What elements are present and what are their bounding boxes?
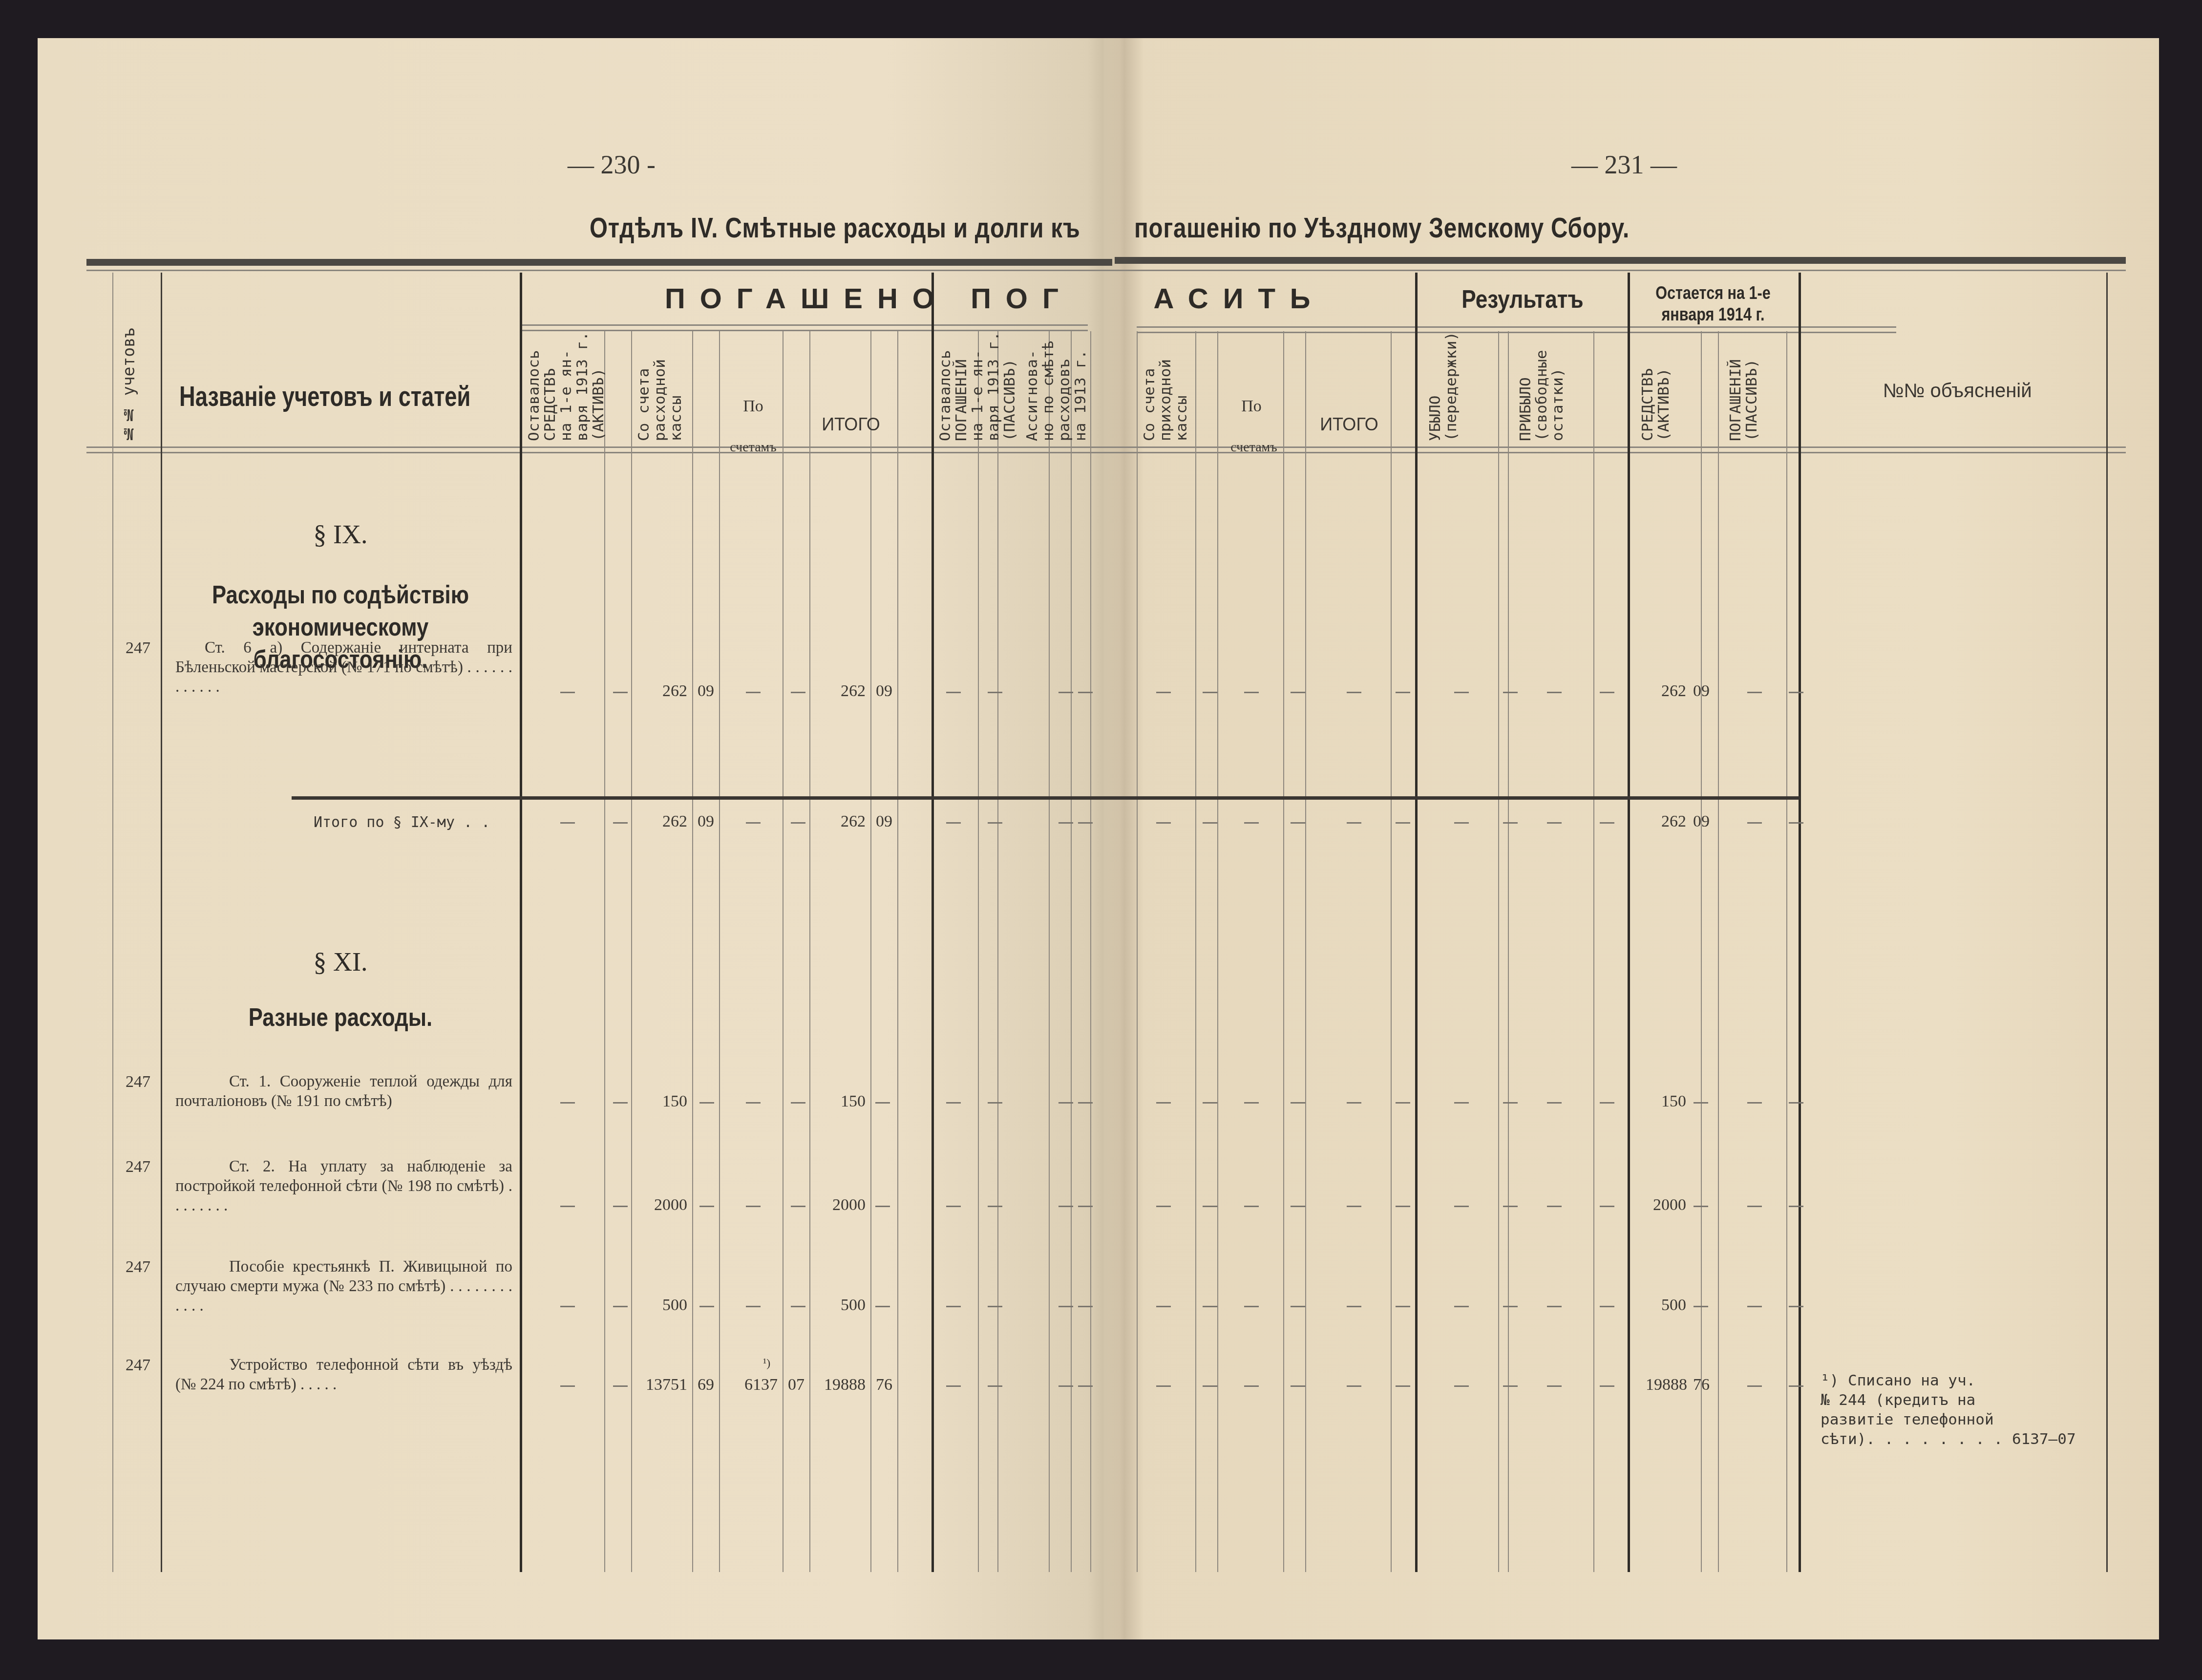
empty-cell-dash (1156, 1385, 1171, 1387)
empty-cell-dash (1396, 692, 1410, 693)
empty-cell-dash (1789, 692, 1803, 693)
empty-cell-dash (1347, 822, 1361, 824)
total-from-expense-cash-kop: 09 (692, 812, 714, 831)
col-line (978, 331, 979, 1572)
top-rule-left (86, 259, 1112, 266)
empty-cell-dash (1396, 822, 1410, 824)
cell-from-expense-cash: 500 (636, 1296, 687, 1315)
empty-cell-dash (1503, 692, 1518, 693)
pogasheno-group-rule (521, 324, 1088, 331)
empty-cell-dash (875, 1306, 890, 1307)
empty-cell-dash (1547, 822, 1562, 824)
empty-cell-dash (1396, 1102, 1410, 1104)
row-account-number: 247 (126, 1356, 150, 1375)
empty-cell-dash (1203, 1385, 1217, 1387)
header-account-no: №№ учетовъ (121, 356, 137, 444)
empty-cell-dash (1789, 1206, 1803, 1207)
col-line (2106, 273, 2108, 1572)
cell-by-accounts-kop: 07 (783, 1376, 805, 1394)
empty-cell-dash (1059, 1206, 1073, 1207)
empty-cell-dash (1347, 1306, 1361, 1307)
row-description: Пособіе крестьянкѣ П. Живицыной по случа… (175, 1257, 512, 1316)
empty-cell-dash (791, 1102, 805, 1104)
empty-cell-dash (1347, 1102, 1361, 1104)
empty-cell-dash (1503, 1385, 1518, 1387)
empty-cell-dash (1600, 1306, 1614, 1307)
empty-cell-dash (1078, 1206, 1093, 1207)
pogasit-group-rule (1137, 326, 1896, 333)
header-explanations: №№ объясненій (1835, 380, 2079, 402)
col-line (1391, 331, 1392, 1572)
empty-cell-dash (1059, 1102, 1073, 1104)
col-line (1305, 331, 1306, 1572)
empty-cell-dash (1747, 1306, 1762, 1307)
page-title-right: погашенію по Уѣздному Земскому Сбору. (1134, 212, 1630, 244)
section-ix-total-rule (292, 796, 1800, 800)
header-pogasit-by-accounts-top: По (1225, 397, 1278, 416)
cell-from-expense-cash-kop: 09 (692, 682, 714, 701)
empty-cell-dash (1244, 1102, 1259, 1104)
empty-cell-dash (1396, 1306, 1410, 1307)
total-remaining-assets: 262 (1635, 812, 1686, 831)
col-line (1799, 273, 1801, 1572)
empty-cell-dash (1078, 822, 1093, 824)
header-group-pogasit-right: АСИТЬ (1142, 282, 1337, 315)
cell-remaining-assets-kop: 76 (1688, 1376, 1710, 1394)
empty-cell-dash (1156, 822, 1171, 824)
empty-cell-dash (1078, 1102, 1093, 1104)
cell-total: 2000 (814, 1196, 866, 1214)
col-line (932, 273, 934, 1572)
empty-cell-dash (1244, 1206, 1259, 1207)
header-total: ИТОГО (812, 414, 890, 435)
col-line (604, 331, 605, 1572)
header-remaining-assets: Оставалось СРЕДСТВЪ на 1-е ян- варя 1913… (526, 336, 607, 441)
cell-total: 150 (814, 1092, 866, 1111)
empty-cell-dash (560, 1206, 575, 1207)
header-group-result: Результатъ (1436, 285, 1610, 314)
empty-cell-dash (1747, 692, 1762, 693)
empty-cell-dash (746, 1306, 761, 1307)
empty-cell-dash (791, 1206, 805, 1207)
header-from-income-cash: Со счета приходной кассы (1142, 365, 1190, 441)
cell-from-expense-cash: 13751 (636, 1376, 687, 1394)
page-title-left: Отдѣлъ IV. Смѣтные расходы и долги къ (590, 212, 1080, 244)
empty-cell-dash (1156, 1306, 1171, 1307)
empty-cell-dash (791, 1306, 805, 1307)
col-line (520, 273, 522, 1572)
empty-cell-dash (1503, 1206, 1518, 1207)
empty-cell-dash (1454, 1306, 1469, 1307)
col-line (1137, 331, 1138, 1572)
empty-cell-dash (1789, 1306, 1803, 1307)
empty-cell-dash (613, 822, 628, 824)
empty-cell-dash (988, 1206, 1002, 1207)
left-page-number: — 230 - (568, 149, 656, 180)
empty-cell-dash (1291, 692, 1305, 693)
empty-cell-dash (1078, 692, 1093, 693)
cell-remaining-assets: 19888 (1631, 1376, 1687, 1394)
empty-cell-dash (1747, 1102, 1762, 1104)
header-name: Названіе учетовъ и статей (179, 380, 470, 413)
col-line (1718, 331, 1719, 1572)
empty-cell-dash (1059, 822, 1073, 824)
empty-cell-dash (1291, 1306, 1305, 1307)
header-bottom-rule (86, 447, 2126, 453)
top-rule-right (1115, 257, 2126, 264)
section-ix-total-label: Итого по § IX-му . . (314, 814, 490, 831)
header-group-pogasit-left: ПОГ (941, 282, 1102, 315)
empty-cell-dash (1547, 1306, 1562, 1307)
empty-cell-dash (875, 1102, 890, 1104)
empty-cell-dash (1156, 1206, 1171, 1207)
empty-cell-dash (875, 1206, 890, 1207)
row-account-number: 247 (126, 639, 150, 658)
header-remaining-debts-1914: ПОГАШЕНІЙ (ПАССИВЪ) (1728, 351, 1760, 441)
empty-cell-dash (613, 1306, 628, 1307)
col-line (1628, 273, 1630, 1572)
cell-remaining-assets: 500 (1635, 1296, 1686, 1315)
empty-cell-dash (1078, 1385, 1093, 1387)
empty-cell-dash (946, 1306, 961, 1307)
empty-cell-dash (1347, 692, 1361, 693)
empty-cell-dash (1203, 1306, 1217, 1307)
col-line (719, 331, 720, 1572)
book-gutter (1105, 38, 1144, 1639)
empty-cell-dash (560, 822, 575, 824)
col-line (1498, 331, 1499, 1572)
header-by-accounts-bottom: счетамъ (721, 440, 785, 455)
empty-cell-dash (1156, 1102, 1171, 1104)
header-assigned: Ассигнова- но по смѣтѣ расходовъ на 1913… (1024, 336, 1089, 441)
empty-cell-dash (560, 1306, 575, 1307)
empty-cell-dash (1244, 822, 1259, 824)
book-spread: — 230 - — 231 — Отдѣлъ IV. Смѣтные расхо… (38, 38, 2159, 1639)
empty-cell-dash (1547, 692, 1562, 693)
empty-cell-dash (746, 1206, 761, 1207)
empty-cell-dash (1059, 1385, 1073, 1387)
empty-cell-dash (1156, 692, 1171, 693)
empty-cell-dash (1396, 1385, 1410, 1387)
row-account-number: 247 (126, 1158, 150, 1176)
empty-cell-dash (988, 1385, 1002, 1387)
empty-cell-dash (1291, 1102, 1305, 1104)
col-line (1049, 331, 1050, 1572)
empty-cell-dash (1396, 1206, 1410, 1207)
row-description: Ст. 1. Сооруженіе теплой одежды для почт… (175, 1072, 512, 1111)
cell-from-expense-cash: 2000 (636, 1196, 687, 1214)
col-line (112, 273, 113, 1572)
col-line (1786, 331, 1787, 1572)
section-xi-heading: § XI. Разные расходы. (165, 947, 516, 1034)
section-ix-paragraph: § IX. (165, 519, 516, 550)
header-pogasit-total: ИТОГО (1313, 414, 1386, 435)
empty-cell-dash (1454, 1206, 1469, 1207)
empty-cell-dash (1291, 1385, 1305, 1387)
cell-remaining-assets: 2000 (1635, 1196, 1686, 1214)
empty-cell-dash (946, 692, 961, 693)
cell-from-expense-cash-kop: 69 (692, 1376, 714, 1394)
empty-cell-dash (699, 1306, 714, 1307)
footnote-explanation: ¹) Списано на уч. № 244 (кредитъ на разв… (1821, 1371, 2094, 1449)
empty-cell-dash (946, 1385, 961, 1387)
empty-cell-dash (1059, 1306, 1073, 1307)
empty-cell-dash (946, 822, 961, 824)
row-account-number: 247 (126, 1258, 150, 1276)
empty-cell-dash (1789, 1385, 1803, 1387)
empty-cell-dash (946, 1102, 961, 1104)
empty-cell-dash (1600, 1206, 1614, 1207)
empty-cell-dash (1454, 1102, 1469, 1104)
section-xi-paragraph: § XI. (165, 947, 516, 977)
cell-total-kop: 76 (870, 1376, 892, 1394)
total-total-kop: 09 (870, 812, 892, 831)
empty-cell-dash (1454, 692, 1469, 693)
empty-cell-dash (699, 1206, 714, 1207)
empty-cell-dash (1547, 1102, 1562, 1104)
empty-cell-dash (1291, 822, 1305, 824)
top-rule-thin (86, 270, 2126, 271)
col-line (1283, 331, 1284, 1572)
empty-cell-dash (1078, 1306, 1093, 1307)
empty-cell-dash (1789, 1102, 1803, 1104)
section-xi-title: Разные расходы. (193, 1001, 488, 1034)
empty-cell-dash (1203, 1206, 1217, 1207)
empty-cell-dash (1789, 822, 1803, 824)
empty-cell-dash (1694, 1306, 1708, 1307)
empty-cell-dash (1244, 692, 1259, 693)
empty-cell-dash (988, 1102, 1002, 1104)
header-remaining-assets-1914: СРЕДСТВЪ (АКТИВЪ) (1640, 351, 1672, 441)
empty-cell-dash (1203, 1102, 1217, 1104)
empty-cell-dash (746, 692, 761, 693)
right-page-number: — 231 — (1571, 149, 1677, 180)
empty-cell-dash (560, 1385, 575, 1387)
row-description: Ст. 2. На уплату за наблюденіе за постро… (175, 1157, 512, 1215)
col-line (1415, 273, 1418, 1572)
empty-cell-dash (1059, 692, 1073, 693)
col-line (897, 331, 898, 1572)
empty-cell-dash (1244, 1385, 1259, 1387)
empty-cell-dash (1600, 692, 1614, 693)
cell-from-expense-cash: 262 (636, 682, 687, 701)
cell-by-accounts: 6137 (726, 1376, 778, 1394)
empty-cell-dash (1747, 1206, 1762, 1207)
row-description: Ст. 6 а) Содержаніе интерната при Бѣлень… (175, 638, 512, 697)
empty-cell-dash (946, 1206, 961, 1207)
empty-cell-dash (1347, 1206, 1361, 1207)
empty-cell-dash (1547, 1385, 1562, 1387)
col-line (1217, 331, 1218, 1572)
header-gain: ПРИБЫЛО (свободные остатки) (1518, 346, 1566, 441)
row-account-number: 247 (126, 1073, 150, 1091)
empty-cell-dash (1454, 1385, 1469, 1387)
empty-cell-dash (560, 692, 575, 693)
empty-cell-dash (988, 1306, 1002, 1307)
cell-remaining-assets-kop: 09 (1688, 682, 1710, 701)
header-by-accounts-top: По (726, 397, 780, 416)
total-remaining-assets-kop: 09 (1688, 812, 1710, 831)
row-description: Устройство телефонной сѣти въ уѣздѣ (№ 2… (175, 1355, 512, 1394)
empty-cell-dash (1547, 1206, 1562, 1207)
cell-from-expense-cash: 150 (636, 1092, 687, 1111)
empty-cell-dash (1291, 1206, 1305, 1207)
empty-cell-dash (613, 1102, 628, 1104)
empty-cell-dash (1454, 822, 1469, 824)
empty-cell-dash (1747, 822, 1762, 824)
header-group-remaining: Остается на 1-е января 1914 г. (1645, 282, 1782, 325)
empty-cell-dash (613, 1206, 628, 1207)
cell-total-kop: 09 (870, 682, 892, 701)
header-remaining-debts: Оставалось ПОГАШЕНІЙ на 1-е ян- варя 191… (937, 336, 1018, 441)
empty-cell-dash (1600, 822, 1614, 824)
cell-remaining-assets: 262 (1635, 682, 1686, 701)
col-line (1195, 331, 1196, 1572)
empty-cell-dash (1203, 822, 1217, 824)
empty-cell-dash (1694, 1206, 1708, 1207)
empty-cell-dash (1600, 1102, 1614, 1104)
cell-total: 19888 (809, 1376, 866, 1394)
empty-cell-dash (1503, 1306, 1518, 1307)
total-from-expense-cash: 262 (636, 812, 687, 831)
empty-cell-dash (1347, 1385, 1361, 1387)
empty-cell-dash (791, 692, 805, 693)
empty-cell-dash (791, 822, 805, 824)
empty-cell-dash (988, 822, 1002, 824)
empty-cell-dash (560, 1102, 575, 1104)
empty-cell-dash (746, 1102, 761, 1104)
cell-total: 262 (814, 682, 866, 701)
empty-cell-dash (1203, 692, 1217, 693)
empty-cell-dash (1600, 1385, 1614, 1387)
header-pogasit-by-accounts-bottom: счетамъ (1222, 440, 1286, 455)
header-loss: УБЫЛО (передержки) (1427, 346, 1460, 441)
empty-cell-dash (1244, 1306, 1259, 1307)
col-line (1593, 331, 1594, 1572)
empty-cell-dash (1694, 1102, 1708, 1104)
cell-remaining-assets: 150 (1635, 1092, 1686, 1111)
total-total: 262 (814, 812, 866, 831)
col-line (631, 331, 632, 1572)
empty-cell-dash (1503, 1102, 1518, 1104)
empty-cell-dash (1747, 1385, 1762, 1387)
empty-cell-dash (613, 692, 628, 693)
footnote-marker: ¹) (763, 1357, 770, 1370)
empty-cell-dash (746, 822, 761, 824)
empty-cell-dash (613, 1385, 628, 1387)
header-from-expense-cash: Со счета расходной кассы (636, 361, 684, 441)
empty-cell-dash (699, 1102, 714, 1104)
empty-cell-dash (988, 692, 1002, 693)
cell-total: 500 (814, 1296, 866, 1315)
empty-cell-dash (1503, 822, 1518, 824)
col-line (161, 273, 162, 1572)
